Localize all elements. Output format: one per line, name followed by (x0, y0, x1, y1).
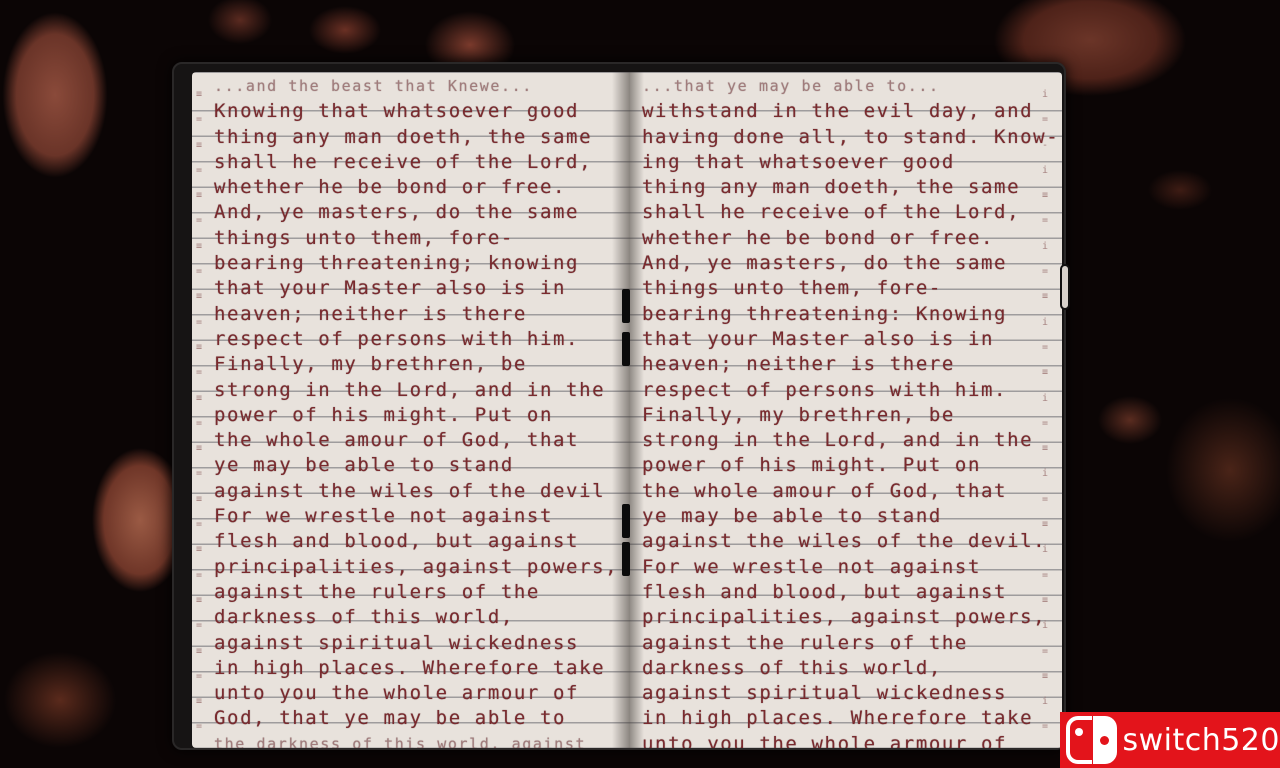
text-line: power of his might. Put on (642, 453, 1040, 478)
text-line: principalities, against powers, (214, 555, 616, 580)
text-line: power of his might. Put on (214, 403, 616, 428)
text-line: against spiritual wickedness (214, 631, 616, 656)
text-line: whether he be bond or free. (642, 226, 1040, 251)
text-line: For we wrestle not against (642, 555, 1040, 580)
text-line: strong in the Lord, and in the (642, 428, 1040, 453)
text-line: God, that ye may be able to (214, 706, 616, 731)
text-line: thing any man doeth, the same (642, 175, 1040, 200)
text-line: respect of persons with him. (214, 327, 616, 352)
binding-clip (622, 332, 630, 366)
text-line: the whole amour of God, that (642, 479, 1040, 504)
text-line: against the rulers of the (214, 580, 616, 605)
text-line: against the rulers of the (642, 631, 1040, 656)
right-margin-marks: i=-i≡=i=≡i=≡i=≡i=≡i=≡i=≡i= (1042, 82, 1056, 738)
text-line: the whole amour of God, that (214, 428, 616, 453)
left-page: ≡=≡=≡=≡=≡=≡=≡=≡=≡=≡=≡=≡=≡= ...and the be… (192, 72, 630, 748)
text-line: bearing threatening: Knowing (642, 302, 1040, 327)
text-line: against the wiles of the devil (214, 479, 616, 504)
binding-clip (622, 504, 630, 538)
text-line: whether he be bond or free. (214, 175, 616, 200)
text-line: And, ye masters, do the same (642, 251, 1040, 276)
right-page-text: ...that ye may be able to... withstand i… (642, 74, 1040, 748)
text-line: ing that whatsoever good (642, 150, 1040, 175)
text-line: Finally, my brethren, be (214, 352, 616, 377)
text-line: things unto them, fore- (214, 226, 616, 251)
text-line: And, ye masters, do the same (214, 200, 616, 225)
text-line: thing any man doeth, the same (214, 125, 616, 150)
binding-clip (622, 542, 630, 576)
right-page: i=-i≡=i=≡i=≡i=≡i=≡i=≡i=≡i= ...that ye ma… (630, 72, 1062, 748)
text-line: bearing threatening; knowing (214, 251, 616, 276)
text-line: the darkness of this world, against (214, 732, 616, 748)
text-line: ...and the beast that Knewe... (214, 74, 616, 99)
text-line: ...that ye may be able to... (642, 74, 1040, 99)
text-line: darkness of this world, (214, 605, 616, 630)
text-line: shall he receive of the Lord, (214, 150, 616, 175)
text-line: ye may be able to stand (642, 504, 1040, 529)
text-line: Finally, my brethren, be (642, 403, 1040, 428)
text-line: strong in the Lord, and in the (214, 378, 616, 403)
text-line: having done all, to stand. Know- (642, 125, 1040, 150)
text-line: Knowing that whatsoever good (214, 99, 616, 124)
text-line: respect of persons with him. (642, 378, 1040, 403)
left-page-text: ...and the beast that Knewe... Knowing t… (214, 74, 616, 748)
nintendo-switch-logo-icon (1066, 716, 1116, 764)
text-line: unto you the whole armour of (642, 732, 1040, 748)
text-line: against spiritual wickedness (642, 681, 1040, 706)
text-line: shall he receive of the Lord, (642, 200, 1040, 225)
text-line: things unto them, fore- (642, 276, 1040, 301)
text-line: flesh and blood, but against (642, 580, 1040, 605)
text-line: in high places. Wherefore take (214, 656, 616, 681)
text-line: ye may be able to stand (214, 453, 616, 478)
text-line: that your Master also is in (642, 327, 1040, 352)
watermark-text: switch520 (1122, 723, 1280, 758)
text-line: that your Master also is in (214, 276, 616, 301)
text-line: heaven; neither is there (214, 302, 616, 327)
text-line: For we wrestle not against (214, 504, 616, 529)
text-line: in high places. Wherefore take (642, 706, 1040, 731)
text-line: heaven; neither is there (642, 352, 1040, 377)
left-margin-marks: ≡=≡=≡=≡=≡=≡=≡=≡=≡=≡=≡=≡=≡= (196, 82, 210, 738)
text-line: darkness of this world, (642, 656, 1040, 681)
text-line: unto you the whole armour of (214, 681, 616, 706)
text-line: flesh and blood, but against (214, 529, 616, 554)
text-line: against the wiles of the devil. (642, 529, 1040, 554)
text-line: principalities, against powers, (642, 605, 1040, 630)
notebook-clasp (1060, 264, 1070, 310)
binding-clip (622, 289, 630, 323)
notebook: ≡=≡=≡=≡=≡=≡=≡=≡=≡=≡=≡=≡=≡= ...and the be… (172, 62, 1066, 750)
text-line: withstand in the evil day, and (642, 99, 1040, 124)
watermark: switch520 (1060, 712, 1280, 768)
